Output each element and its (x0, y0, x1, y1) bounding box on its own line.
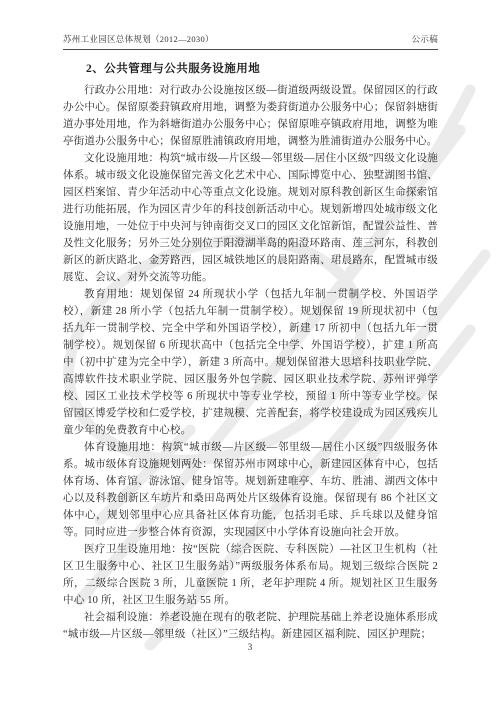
header-title: 苏州工业园区总体规划（2012—2030） (63, 33, 214, 45)
paragraph-sports: 体育设施用地：构筑“城市级—片区级—邻里级—居住小区级”四级服务体系。城市级体育… (63, 439, 438, 541)
paragraph-culture: 文化设施用地：构筑“城市级—片区级—邻里级—居住小区级”四级文化设施体系。城市级… (63, 150, 438, 286)
page-number: 3 (0, 642, 500, 652)
paragraph-education: 教育用地：规划保留 24 所现状小学（包括九年制一贯制学校、外国语学校），新建 … (63, 286, 438, 439)
paragraph-admin-office: 行政办公用地：对行政办公设施按区级—街道级两级设置。保留园区的行政办公中心。保留… (63, 82, 438, 150)
paragraph-medical: 医疗卫生设施用地：按“医院（综合医院、专科医院）—社区卫生机构（社区卫生服务中心… (63, 541, 438, 609)
page-header: 苏州工业园区总体规划（2012—2030） 公示稿 (63, 33, 438, 50)
header-stage-label: 公示稿 (412, 33, 438, 45)
paragraph-social-welfare: 社会福利设施：养老设施在现有的敬老院、护理院基础上养老设施体系形成“城市级—片区… (63, 609, 438, 643)
document-body: 2、公共管理与公共服务设施用地 行政办公用地：对行政办公设施按区级—街道级两级设… (63, 59, 438, 643)
section-heading: 2、公共管理与公共服务设施用地 (63, 59, 438, 79)
document-page: 苏州工业园区总体规划（2012—2030） 公示稿 2、公共管理与公共服务设施用… (0, 0, 500, 707)
